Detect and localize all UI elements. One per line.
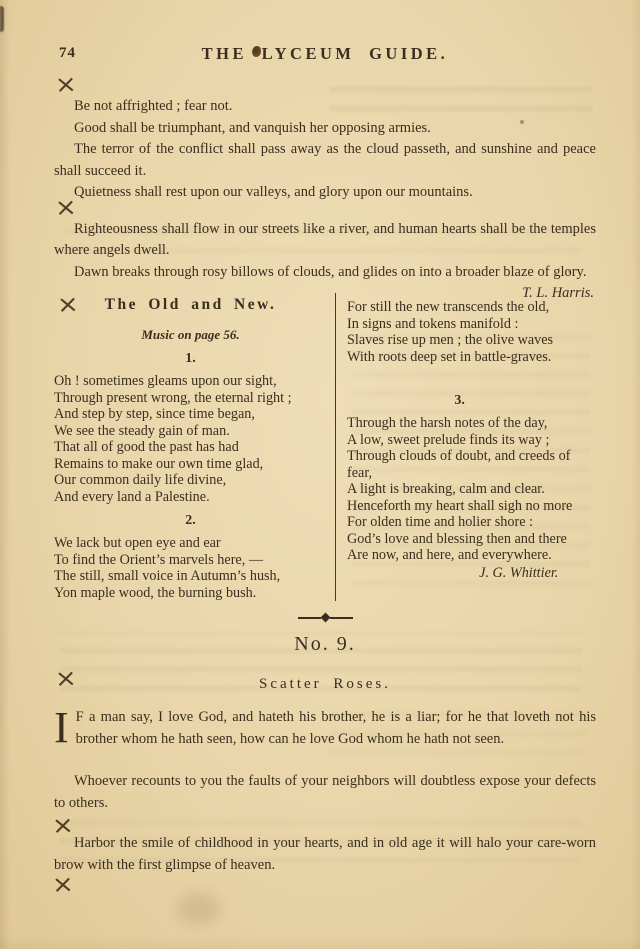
hymn-line: Yon maple wood, the burning bush. xyxy=(54,585,327,602)
reading-paragraph: Be not affrighted ; fear not. xyxy=(54,96,596,118)
handwritten-x-mark: × xyxy=(54,72,77,97)
handwritten-x-mark: × xyxy=(54,195,77,220)
page-number: 74 xyxy=(59,45,76,62)
hymn-line: Slaves rise up men ; the olive waves xyxy=(347,332,572,349)
reading-paragraph: Dawn breaks through rosy billows of clou… xyxy=(54,262,596,284)
readings-section-mid: Righteousness shall flow in our streets … xyxy=(54,219,596,284)
reading-text: Dawn breaks through rosy billows of clou… xyxy=(74,264,586,280)
hymn-right-column: For still the new transcends the old, In… xyxy=(335,293,572,601)
stanza-number-1: 1. xyxy=(54,351,327,367)
hymn-music-note: Music on page 56. xyxy=(54,326,327,343)
reading-paragraph: The terror of the conflict shall pass aw… xyxy=(54,139,596,182)
hymn-line: A low, sweet prelude finds its way ; xyxy=(347,432,572,449)
page-title: THE LYCEUM GUIDE. xyxy=(54,44,596,64)
stanza-1: Oh ! sometimes gleams upon our sight, Th… xyxy=(54,373,327,505)
hymn-line: The still, small voice in Autumn’s hush, xyxy=(54,568,327,585)
selection-title: Scatter Roses. xyxy=(54,674,596,694)
hymn-line: Through clouds of doubt, and creeds of xyxy=(347,448,572,465)
selection-number: No. 9. xyxy=(54,632,596,656)
stanza-2-continued: For still the new transcends the old, In… xyxy=(347,299,572,365)
hymn-line: Remains to make our own time glad, xyxy=(54,456,327,473)
scripture-paragraph: IF a man say, I love God, and hateth his… xyxy=(54,707,596,750)
page-content: 74 THE LYCEUM GUIDE. Be not affrighted ;… xyxy=(0,0,640,949)
hymn-title: The Old and New. xyxy=(54,295,327,314)
section-divider-ornament xyxy=(54,613,596,622)
ornament-diamond xyxy=(320,613,330,623)
hymn-line: With roots deep set in battle-graves. xyxy=(347,349,572,366)
reading-paragraph: Whoever recounts to you the faults of yo… xyxy=(54,771,596,814)
reading-paragraph: Good shall be triumphant, and vanquish h… xyxy=(54,118,596,140)
ornament-bar xyxy=(330,617,353,619)
hymn-line: fear, xyxy=(347,465,572,482)
scanned-book-page: 74 THE LYCEUM GUIDE. Be not affrighted ;… xyxy=(0,0,640,949)
hymn-line: Through the harsh notes of the day, xyxy=(347,415,572,432)
hymn-line: Oh ! sometimes gleams upon our sight, xyxy=(54,373,327,390)
reading-paragraph: Quietness shall rest upon our valleys, a… xyxy=(54,182,596,204)
hymn-left-column: The Old and New. Music on page 56. 1. Oh… xyxy=(54,293,335,601)
stanza-number-2: 2. xyxy=(54,513,327,529)
hymn-line: For still the new transcends the old, xyxy=(347,299,572,316)
hymn-line: A light is breaking, calm and clear. xyxy=(347,481,572,498)
running-header: 74 THE LYCEUM GUIDE. xyxy=(54,44,596,64)
hymn-line: Through present wrong, the eternal right… xyxy=(54,390,327,407)
hymn-line: Henceforth my heart shall sigh no more xyxy=(347,498,572,515)
hymn-line: And step by step, since time began, xyxy=(54,406,327,423)
ornament-bar xyxy=(298,617,321,619)
handwritten-x-mark: × xyxy=(51,872,74,897)
reading-paragraph: Harbor the smile of childhood in your he… xyxy=(54,833,596,876)
stanza-number-3: 3. xyxy=(347,393,572,409)
hymn-line: Are now, and here, and everywhere. xyxy=(347,547,572,564)
handwritten-x-mark: × xyxy=(54,666,77,691)
hymn-line: Our common daily life divine, xyxy=(54,472,327,489)
hymn-line: We see the steady gain of man. xyxy=(54,423,327,440)
handwritten-x-mark: × xyxy=(56,292,79,317)
hymn-line: And every land a Palestine. xyxy=(54,489,327,506)
stanza-2: We lack but open eye and ear To find the… xyxy=(54,535,327,601)
hymn-line: We lack but open eye and ear xyxy=(54,535,327,552)
readings-section-top: Be not affrighted ; fear not. Good shall… xyxy=(54,96,596,204)
hymn-line: God’s love and blessing then and there xyxy=(347,531,572,548)
scripture-text: F a man say, I love God, and hateth his … xyxy=(76,709,596,747)
attribution-whittier: J. G. Whittier. xyxy=(347,565,572,582)
handwritten-x-mark: × xyxy=(51,813,74,838)
reading-paragraph: Righteousness shall flow in our streets … xyxy=(54,219,596,262)
hymn-line: To find the Orient’s marvels here, — xyxy=(54,552,327,569)
hymn-line: For olden time and holier shore : xyxy=(347,514,572,531)
hymn-the-old-and-new: The Old and New. Music on page 56. 1. Oh… xyxy=(54,293,522,601)
drop-cap-initial: I xyxy=(54,707,76,745)
hymn-line: That all of good the past has had xyxy=(54,439,327,456)
stanza-3: Through the harsh notes of the day, A lo… xyxy=(347,415,572,564)
hymn-line: In signs and tokens manifold : xyxy=(347,316,572,333)
